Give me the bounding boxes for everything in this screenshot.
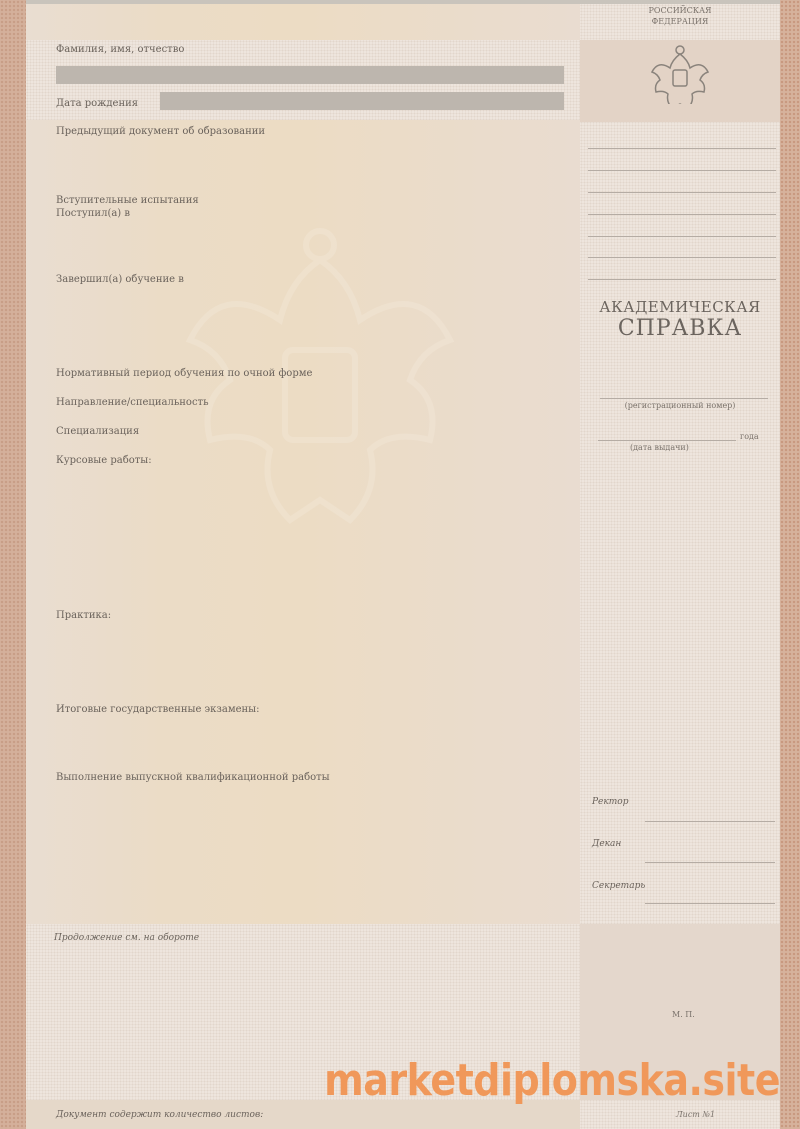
coursework-label: Курсовые работы: bbox=[56, 455, 152, 466]
country-line2: ФЕДЕРАЦИЯ bbox=[580, 17, 780, 26]
ruled-line-7 bbox=[588, 279, 776, 280]
full-name-field[interactable] bbox=[56, 66, 564, 84]
rector-label: Ректор bbox=[592, 797, 628, 807]
entrance-tests-label: Вступительные испытания bbox=[56, 195, 199, 206]
ruled-line-5 bbox=[588, 236, 776, 237]
enrolled-label: Поступил(а) в bbox=[56, 208, 130, 219]
secretary-signature-line[interactable] bbox=[645, 903, 775, 904]
continued-label: Продолжение см. на обороте bbox=[54, 933, 199, 943]
normative-period-label: Нормативный период обучения по очной фор… bbox=[56, 368, 312, 379]
state-exams-label: Итоговые государственные экзамены: bbox=[56, 704, 260, 715]
issue-date-line[interactable] bbox=[598, 440, 736, 441]
direction-label: Направление/специальность bbox=[56, 397, 209, 408]
dean-signature-line[interactable] bbox=[645, 862, 775, 863]
ruled-line-2 bbox=[588, 170, 776, 171]
coat-of-arms-icon bbox=[648, 44, 712, 104]
left-ornamental-border bbox=[0, 0, 26, 1129]
year-suffix: года bbox=[740, 432, 759, 441]
full-name-label: Фамилия, имя, отчество bbox=[56, 44, 184, 55]
reg-number-line[interactable] bbox=[600, 398, 768, 399]
title-line1: АКАДЕМИЧЕСКАЯ bbox=[580, 298, 780, 316]
country-line1: РОССИЙСКАЯ bbox=[580, 6, 780, 15]
birth-date-field[interactable] bbox=[160, 92, 564, 110]
birth-date-label: Дата рождения bbox=[56, 98, 138, 109]
specialization-label: Специализация bbox=[56, 426, 139, 437]
practice-label: Практика: bbox=[56, 610, 111, 621]
site-watermark: marketdiplomska.site bbox=[300, 1055, 780, 1106]
secretary-label: Секретарь bbox=[592, 881, 645, 891]
right-ornamental-border bbox=[780, 0, 800, 1129]
emblem-watermark-icon bbox=[170, 220, 470, 540]
ruled-line-1 bbox=[588, 148, 776, 149]
sheets-label: Документ содержит количество листов: bbox=[56, 1110, 263, 1120]
completed-label: Завершил(а) обучение в bbox=[56, 274, 184, 285]
thesis-label: Выполнение выпускной квалификационной ра… bbox=[56, 772, 330, 783]
rector-signature-line[interactable] bbox=[645, 821, 775, 822]
ruled-line-3 bbox=[588, 192, 776, 193]
previous-doc-label: Предыдущий документ об образовании bbox=[56, 126, 265, 137]
issue-date-caption: (дата выдачи) bbox=[630, 443, 689, 452]
dean-label: Декан bbox=[592, 839, 621, 849]
title-line2: СПРАВКА bbox=[580, 316, 780, 341]
sheet-number-label: Лист №1 bbox=[676, 1110, 715, 1119]
seal-label: М. П. bbox=[672, 1010, 695, 1019]
ruled-line-4 bbox=[588, 214, 776, 215]
ruled-line-6 bbox=[588, 257, 776, 258]
reg-number-caption: (регистрационный номер) bbox=[580, 401, 780, 410]
